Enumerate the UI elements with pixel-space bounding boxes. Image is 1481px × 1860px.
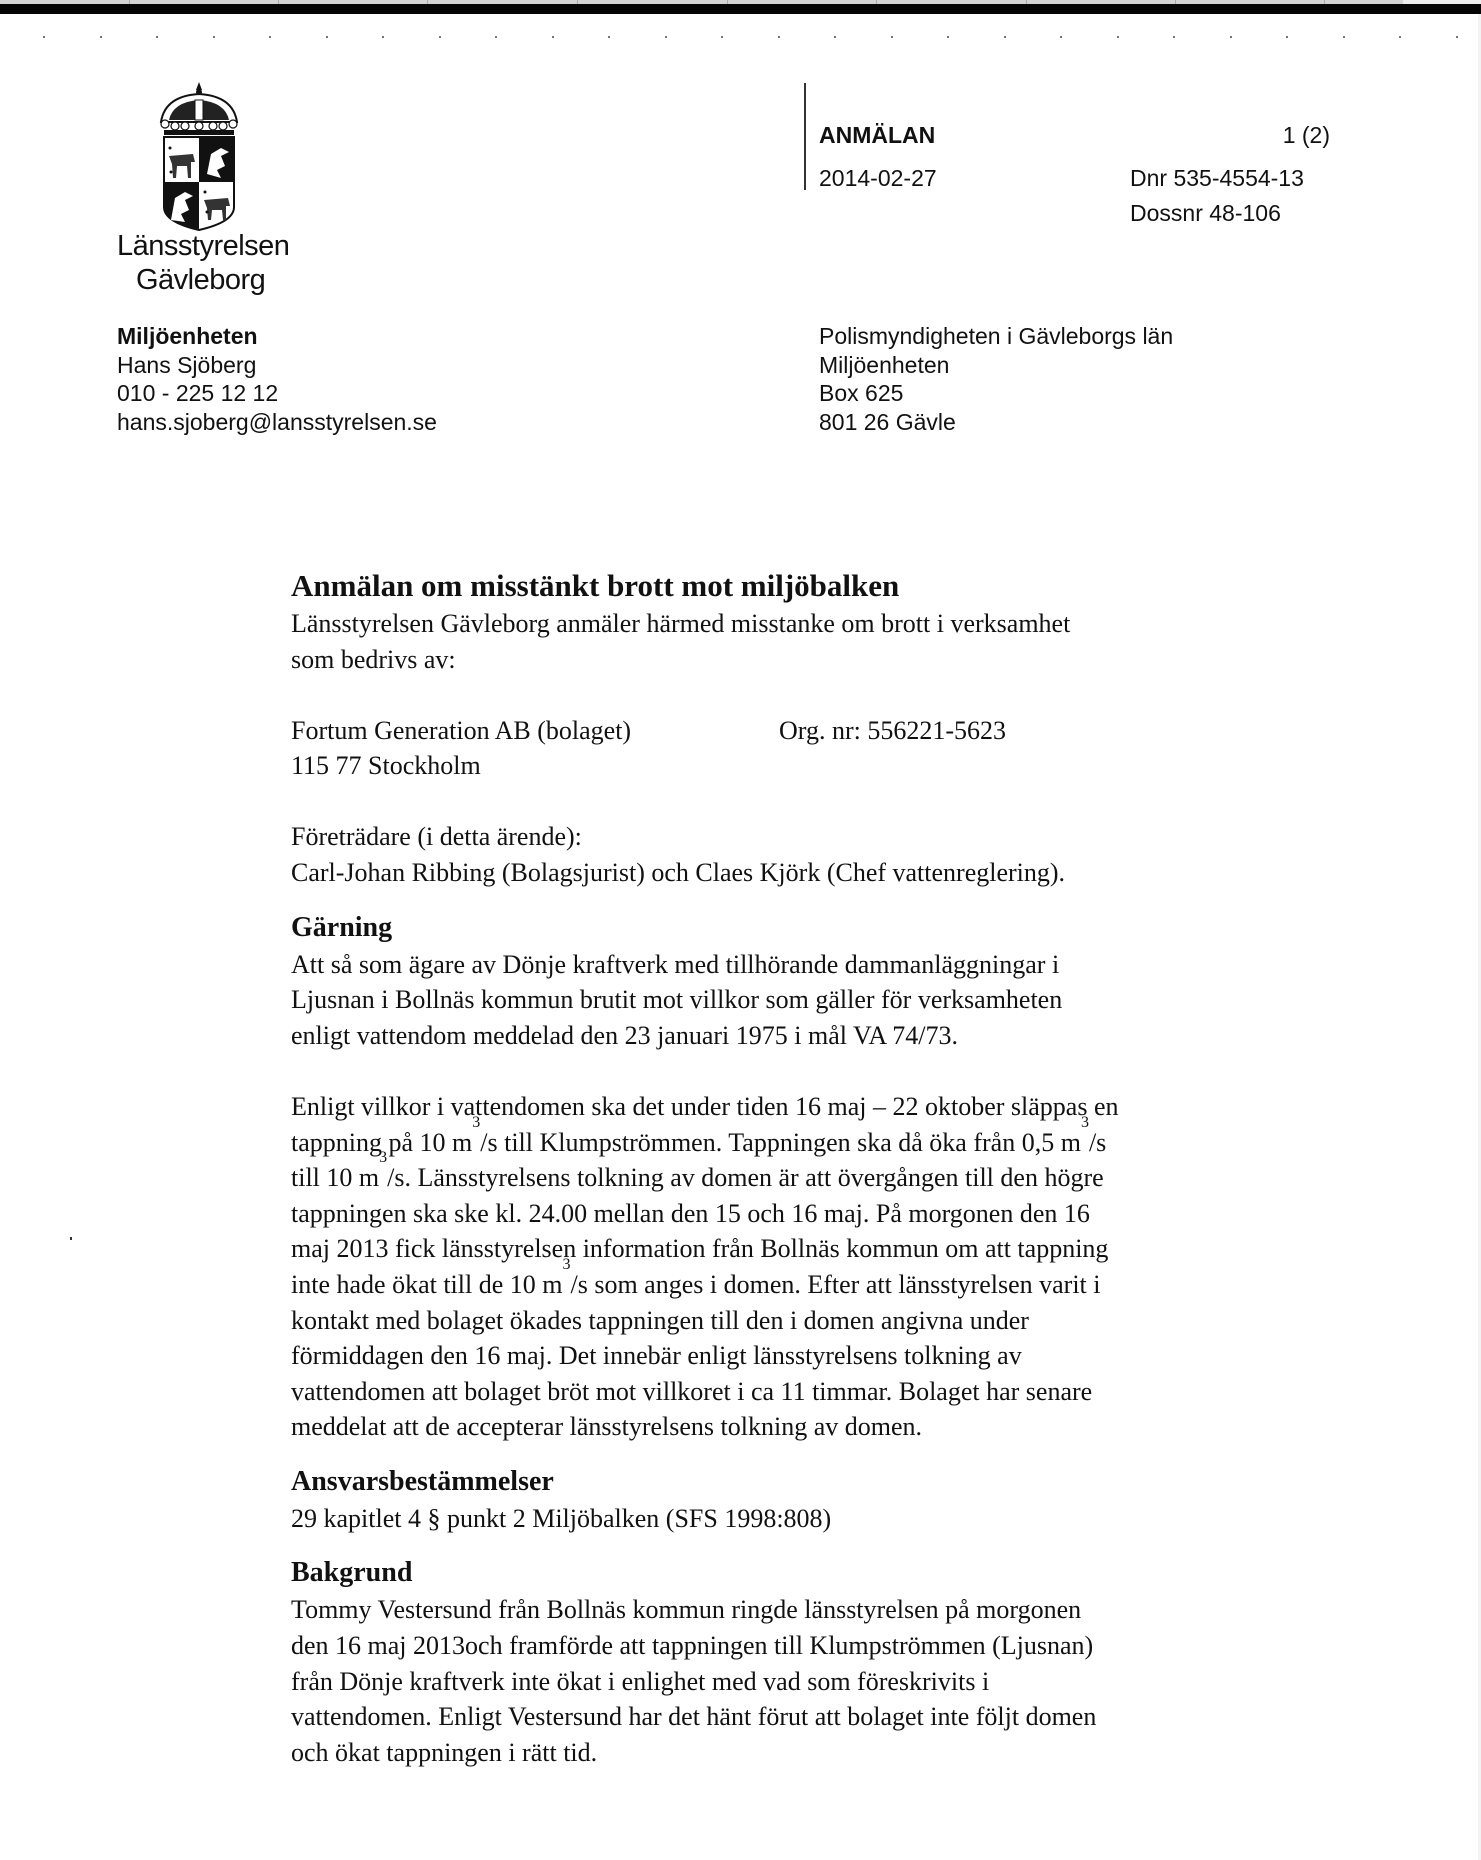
perforation-dot xyxy=(665,36,667,38)
org-name-line1: Länsstyrelsen xyxy=(117,230,289,263)
case-number: Dnr 535-4554-13 xyxy=(1130,165,1304,192)
perforation-dot xyxy=(1117,36,1119,38)
perforation-dot xyxy=(382,36,384,38)
perforation-dot xyxy=(156,36,158,38)
intro-line: som bedrivs av: xyxy=(291,642,1251,678)
representatives-label: Företrädare (i detta ärende): xyxy=(291,819,1251,855)
bakgrund-line: den 16 maj 2013och framförde att tappnin… xyxy=(291,1628,1251,1664)
sender-unit: Miljöenheten xyxy=(117,322,437,351)
perforation-dot xyxy=(1230,36,1232,38)
perforation-dot xyxy=(43,36,45,38)
header-divider xyxy=(804,83,806,190)
intro-line: Länsstyrelsen Gävleborg anmäler härmed m… xyxy=(291,606,1251,642)
perforation-dot xyxy=(778,36,780,38)
sender-name: Hans Sjöberg xyxy=(117,351,437,380)
sender-email: hans.sjoberg@lansstyrelsen.se xyxy=(117,408,437,437)
recipient-line: 801 26 Gävle xyxy=(819,408,1173,437)
bakgrund-line: Tommy Vestersund från Bollnäs kommun rin… xyxy=(291,1592,1251,1628)
garning-line: Ljusnan i Bollnäs kommun brutit mot vill… xyxy=(291,982,1251,1018)
perforation-dot xyxy=(495,36,497,38)
garning-p2-line: meddelat att de accepterar länsstyrelsen… xyxy=(291,1409,1251,1445)
perforation-dot xyxy=(1173,36,1175,38)
document-type: ANMÄLAN xyxy=(819,122,935,149)
company-orgnr: Org. nr: 556221-5623 xyxy=(779,713,1006,749)
perforation-dot xyxy=(834,36,836,38)
company-address: 115 77 Stockholm xyxy=(291,748,1251,784)
perforation-dot xyxy=(1343,36,1345,38)
perforation-dot xyxy=(1286,36,1288,38)
section-heading-bakgrund: Bakgrund xyxy=(291,1554,1251,1592)
perforation-dots xyxy=(0,36,1481,40)
garning-p2-line: maj 2013 fick länsstyrelsen information … xyxy=(291,1231,1251,1267)
company-name: Fortum Generation AB (bolaget) xyxy=(291,713,1251,749)
org-name-line2: Gävleborg xyxy=(136,264,265,297)
recipient-line: Polismyndigheten i Gävleborgs län xyxy=(819,322,1173,351)
perforation-dot xyxy=(1060,36,1062,38)
perforation-dot xyxy=(891,36,893,38)
dossier-number: Dossnr 48-106 xyxy=(1130,200,1281,227)
bakgrund-line: vattendomen. Enligt Vestersund har det h… xyxy=(291,1699,1251,1735)
perforation-dot xyxy=(1004,36,1006,38)
perforation-dot xyxy=(608,36,610,38)
garning-p2-line: inte hade ökat till de 10 m3/s som anges… xyxy=(291,1267,1251,1303)
recipient-line: Miljöenheten xyxy=(819,351,1173,380)
garning-p2-line: kontakt med bolaget ökades tappningen ti… xyxy=(291,1303,1251,1339)
garning-p2-line: förmiddagen den 16 maj. Det innebär enli… xyxy=(291,1338,1251,1374)
recipient-address: Polismyndigheten i Gävleborgs län Miljöe… xyxy=(819,322,1173,436)
perforation-dot xyxy=(269,36,271,38)
coat-of-arms-icon xyxy=(155,82,243,232)
scan-black-bar xyxy=(0,4,1481,14)
recipient-line: Box 625 xyxy=(819,379,1173,408)
perforation-dot xyxy=(947,36,949,38)
garning-p2-line: vattendomen att bolaget bröt mot villkor… xyxy=(291,1374,1251,1410)
garning-line: Att så som ägare av Dönje kraftverk med … xyxy=(291,947,1251,983)
document-date: 2014-02-27 xyxy=(819,165,937,192)
bakgrund-line: och ökat tappningen i rätt tid. xyxy=(291,1735,1251,1771)
garning-line: enligt vattendom meddelad den 23 januari… xyxy=(291,1018,1251,1054)
perforation-dot xyxy=(439,36,441,38)
perforation-dot xyxy=(552,36,554,38)
garning-p2-line: Enligt villkor i vattendomen ska det und… xyxy=(291,1089,1251,1125)
sender-phone: 010 - 225 12 12 xyxy=(117,379,437,408)
perforation-dot xyxy=(721,36,723,38)
perforation-dot xyxy=(213,36,215,38)
perforation-dot xyxy=(1456,36,1458,38)
perforation-dot xyxy=(326,36,328,38)
page-number: 1 (2) xyxy=(1270,122,1330,149)
representatives: Carl-Johan Ribbing (Bolagsjurist) och Cl… xyxy=(291,855,1251,891)
perforation-dot xyxy=(100,36,102,38)
garning-p2-line: tappningen ska ske kl. 24.00 mellan den … xyxy=(291,1196,1251,1232)
bakgrund-line: från Dönje kraftverk inte ökat i enlighe… xyxy=(291,1664,1251,1700)
perforation-dot xyxy=(1399,36,1401,38)
garning-p2-line: tappning på 10 m3/s till Klumpströmmen. … xyxy=(291,1125,1251,1161)
section-heading-garning: Gärning xyxy=(291,909,1251,947)
scan-speck xyxy=(70,1237,72,1240)
garning-p2-line: till 10 m3/s. Länsstyrelsens tolkning av… xyxy=(291,1160,1251,1196)
sender-block: Miljöenheten Hans Sjöberg 010 - 225 12 1… xyxy=(117,322,437,436)
section-heading-ansvar: Ansvarsbestämmelser xyxy=(291,1463,1251,1501)
company-block: Fortum Generation AB (bolaget) Org. nr: … xyxy=(291,713,1251,784)
letter-body: Anmälan om misstänkt brott mot miljöbalk… xyxy=(291,566,1251,1770)
document-title: Anmälan om misstänkt brott mot miljöbalk… xyxy=(291,566,1251,606)
ansvar-text: 29 kapitlet 4 § punkt 2 Miljöbalken (SFS… xyxy=(291,1501,1251,1537)
